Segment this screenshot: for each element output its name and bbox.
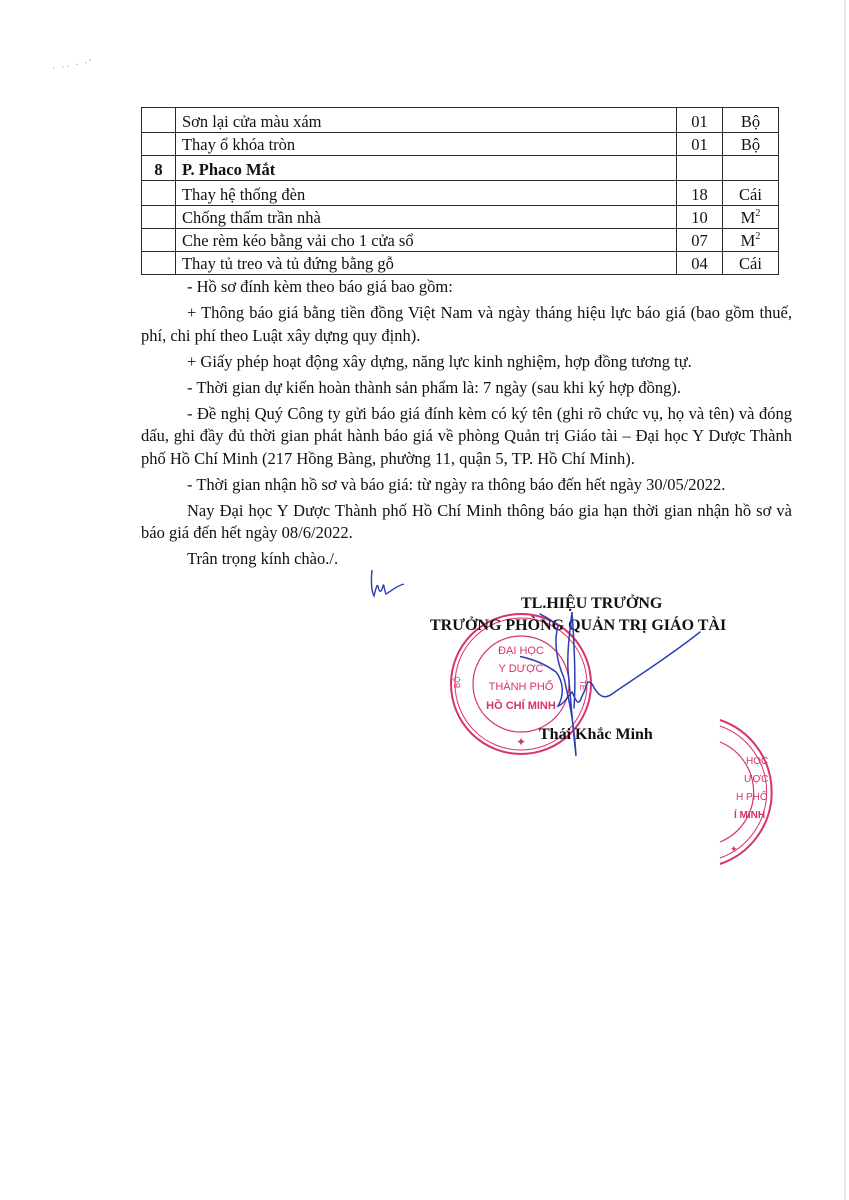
row-number	[142, 206, 176, 229]
table-row: Thay tủ treo và tủ đứng bằng gỗ04Cái	[142, 252, 779, 275]
completion-time: - Thời gian dự kiến hoàn thành sản phẩm …	[141, 377, 792, 400]
extension-notice: Nay Đại học Y Dược Thành phố Hồ Chí Minh…	[141, 500, 792, 545]
item-unit-text: Cái	[739, 185, 762, 204]
item-name: Chống thấm trần nhà	[175, 206, 676, 229]
item-quantity: 07	[677, 229, 723, 252]
item-quantity	[677, 156, 723, 181]
item-unit-text: Bộ	[741, 112, 760, 131]
item-quantity: 01	[677, 133, 723, 156]
item-unit: M2	[723, 229, 779, 252]
item-name: Che rèm kéo bằng vải cho 1 cửa sổ	[175, 229, 676, 252]
partial-stamp-star-icon: ✦	[730, 844, 738, 854]
item-name-text: Thay hệ thống đèn	[182, 185, 305, 204]
item-unit-text: M	[741, 208, 756, 227]
receive-period: - Thời gian nhận hồ sơ và báo giá: từ ng…	[141, 474, 792, 497]
item-quantity-text: 01	[691, 135, 708, 154]
item-name-text: Chống thấm trần nhà	[182, 208, 321, 227]
item-name-text: Thay ổ khóa tròn	[182, 135, 295, 154]
item-unit	[723, 156, 779, 181]
item-quantity: 18	[677, 181, 723, 206]
table-row: Che rèm kéo bằng vải cho 1 cửa sổ07M2	[142, 229, 779, 252]
unit-superscript: 2	[755, 231, 760, 242]
body-text: - Hồ sơ đính kèm theo báo giá bao gồm: +…	[141, 276, 792, 571]
item-name-text: Sơn lại cửa màu xám	[182, 112, 322, 131]
item-unit: Cái	[723, 181, 779, 206]
item-name: P. Phaco Mắt	[175, 156, 676, 181]
item-quantity: 01	[677, 108, 723, 133]
attachment-1: + Thông báo giá bằng tiền đồng Việt Nam …	[141, 302, 792, 347]
item-quantity: 10	[677, 206, 723, 229]
item-name: Thay ổ khóa tròn	[175, 133, 676, 156]
table-section-row: 8P. Phaco Mắt	[142, 156, 779, 181]
request-paragraph: - Đề nghị Quý Công ty gửi báo giá đính k…	[141, 403, 792, 471]
item-unit-text: Bộ	[741, 135, 760, 154]
attachment-2: + Giấy phép hoạt động xây dựng, năng lực…	[141, 351, 792, 374]
table-row: Sơn lại cửa màu xám01Bộ	[142, 108, 779, 133]
row-number: 8	[142, 156, 176, 181]
item-unit: Bộ	[723, 108, 779, 133]
initials-mark	[368, 566, 408, 602]
item-quantity-text: 01	[691, 112, 708, 131]
item-unit-text: M	[741, 231, 756, 250]
row-number	[142, 252, 176, 275]
items-table: Sơn lại cửa màu xám01BộThay ổ khóa tròn0…	[141, 107, 779, 275]
item-name: Thay hệ thống đèn	[175, 181, 676, 206]
item-name-text: Che rèm kéo bằng vải cho 1 cửa sổ	[182, 231, 414, 250]
item-unit: Cái	[723, 252, 779, 275]
partial-stamp: HỌC ƯỢC H PHỐ Í MINH ✦	[690, 712, 830, 872]
row-number-text: 8	[154, 160, 162, 179]
scan-artifact: · ·· · ·'	[51, 56, 93, 73]
table-row: Thay ổ khóa tròn01Bộ	[142, 133, 779, 156]
row-number	[142, 133, 176, 156]
item-name-text: P. Phaco Mắt	[182, 160, 275, 179]
item-unit-text: Cái	[739, 254, 762, 273]
row-number	[142, 229, 176, 252]
unit-superscript: 2	[755, 208, 760, 219]
item-quantity-text: 18	[691, 185, 708, 204]
item-name: Sơn lại cửa màu xám	[175, 108, 676, 133]
closing-text: Trân trọng kính chào./.	[187, 549, 338, 568]
item-quantity-text: 04	[691, 254, 708, 273]
row-number	[142, 108, 176, 133]
item-quantity-text: 07	[691, 231, 708, 250]
item-name: Thay tủ treo và tủ đứng bằng gỗ	[175, 252, 676, 275]
table-row: Chống thấm trần nhà10M2	[142, 206, 779, 229]
item-unit: Bộ	[723, 133, 779, 156]
partial-stamp-line-3: H PHỐ	[736, 789, 768, 803]
partial-stamp-line-4: Í MINH	[734, 808, 765, 821]
row-number	[142, 181, 176, 206]
item-unit: M2	[723, 206, 779, 229]
item-quantity: 04	[677, 252, 723, 275]
closing: Trân trọng kính chào./.	[141, 548, 792, 571]
item-quantity-text: 10	[691, 208, 708, 227]
attachments-intro: - Hồ sơ đính kèm theo báo giá bao gồm:	[141, 276, 792, 299]
stamp-side-left: BỘ	[453, 676, 462, 688]
table-row: Thay hệ thống đèn18Cái	[142, 181, 779, 206]
page-edge	[844, 0, 846, 1200]
item-name-text: Thay tủ treo và tủ đứng bằng gỗ	[182, 254, 394, 273]
partial-stamp-line-1: HỌC	[746, 756, 768, 767]
partial-stamp-line-2: ƯỢC	[744, 774, 768, 785]
